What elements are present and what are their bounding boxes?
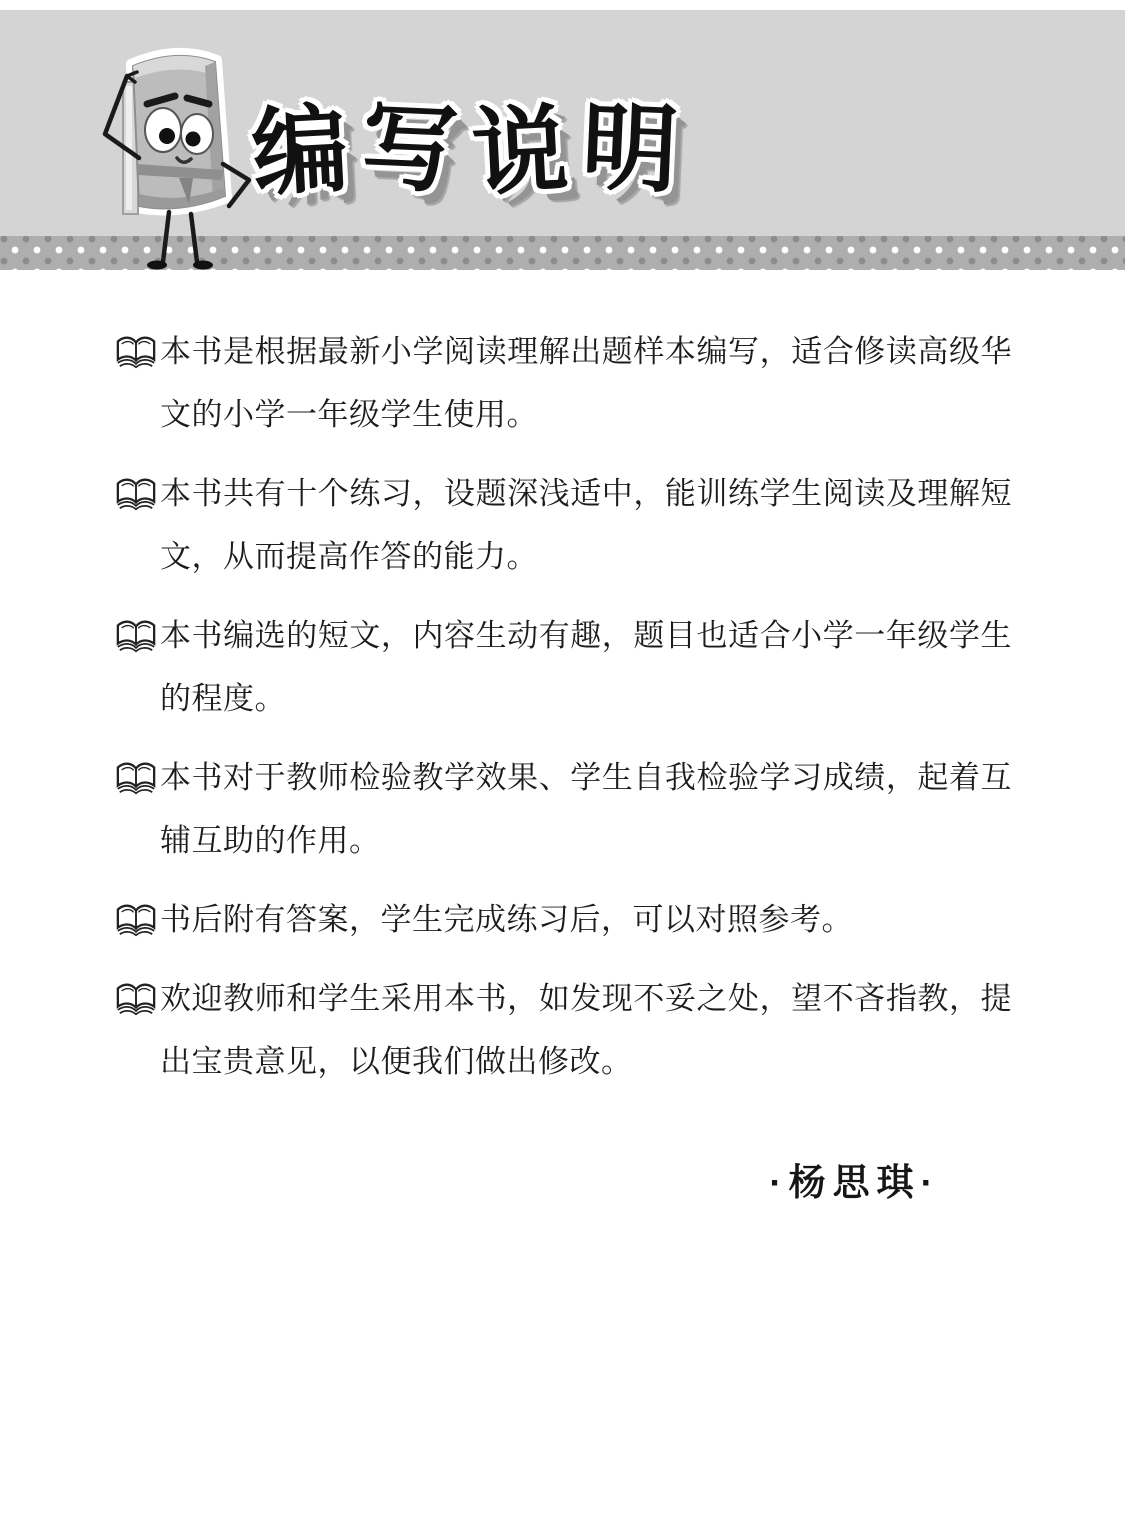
paragraph-text: 书后附有答案，学生完成练习后，可以对照参考。 xyxy=(160,902,853,937)
paragraph-text: 本书是根据最新小学阅读理解出题样本编写，适合修读高级华文的小学一年级学生使用。 xyxy=(160,334,1012,432)
book-page: { "header": { "title": "编写说明", "mascot":… xyxy=(0,0,1125,1539)
open-book-icon xyxy=(115,759,157,797)
preface-paragraph: 本书是根据最新小学阅读理解出题样本编写，适合修读高级华文的小学一年级学生使用。 xyxy=(115,320,1012,446)
preface-content: 本书是根据最新小学阅读理解出题样本编写，适合修读高级华文的小学一年级学生使用。 … xyxy=(115,320,1012,1206)
paragraph-text: 本书编选的短文，内容生动有趣，题目也适合小学一年级学生的程度。 xyxy=(160,618,1012,716)
open-book-icon xyxy=(115,333,157,371)
preface-paragraph: 本书共有十个练习，设题深浅适中，能训练学生阅读及理解短文，从而提高作答的能力。 xyxy=(115,462,1012,588)
paragraph-text: 本书对于教师检验教学效果、学生自我检验学习成绩，起着互辅互助的作用。 xyxy=(160,760,1012,858)
open-book-icon xyxy=(115,617,157,655)
open-book-icon xyxy=(115,475,157,513)
paragraph-text: 本书共有十个练习，设题深浅适中，能训练学生阅读及理解短文，从而提高作答的能力。 xyxy=(160,476,1012,574)
page-title: 编写说明 xyxy=(252,96,692,204)
preface-paragraph: 欢迎教师和学生采用本书，如发现不妥之处，望不吝指教，提出宝贵意见，以便我们做出修… xyxy=(115,967,1012,1093)
preface-paragraph: 书后附有答案，学生完成练习后，可以对照参考。 xyxy=(115,888,1012,951)
open-book-icon xyxy=(115,901,157,939)
preface-paragraph: 本书对于教师检验教学效果、学生自我检验学习成绩，起着互辅互助的作用。 xyxy=(115,746,1012,872)
open-book-icon xyxy=(115,980,157,1018)
book-mascot-illustration xyxy=(93,46,261,274)
preface-paragraph: 本书编选的短文，内容生动有趣，题目也适合小学一年级学生的程度。 xyxy=(115,604,1012,730)
paragraph-text: 欢迎教师和学生采用本书，如发现不妥之处，望不吝指教，提出宝贵意见，以便我们做出修… xyxy=(160,981,1012,1079)
author-signature: ·杨思琪· xyxy=(115,1152,1012,1206)
